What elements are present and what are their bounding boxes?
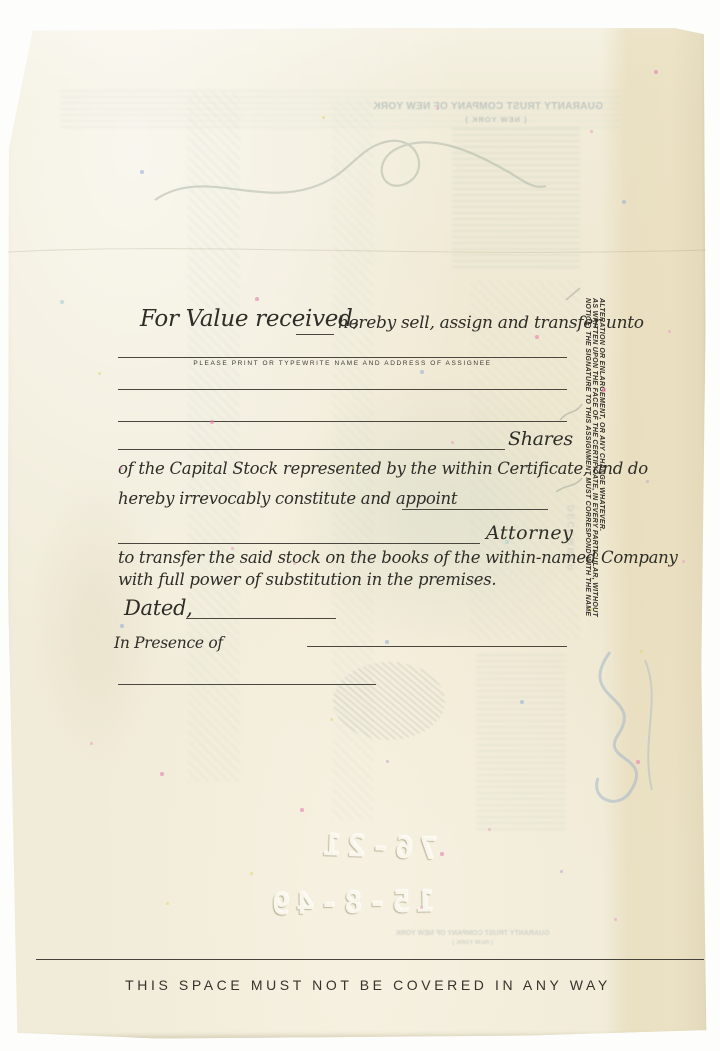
blank-line (118, 389, 567, 390)
planchette-dot (60, 300, 64, 304)
planchette-dot (140, 170, 144, 174)
planchette-dot (682, 560, 685, 563)
planchette-dot (250, 872, 253, 875)
planchette-dot (590, 130, 593, 133)
planchette-dot (646, 480, 649, 483)
planchette-dot (293, 562, 296, 565)
blank-line (118, 421, 567, 422)
planchette-dot (668, 330, 671, 333)
shares-line (118, 449, 505, 450)
planchette-dot (622, 200, 626, 204)
planchette-dot (98, 372, 101, 375)
planchette-dot (640, 650, 643, 653)
footer-warning: THIS SPACE MUST NOT BE COVERED IN ANY WA… (58, 977, 678, 993)
witness-line (118, 684, 376, 685)
planchette-dot (166, 902, 169, 905)
substitution-clause: with full power of substitution in the p… (118, 570, 496, 589)
notice-line-3: ALTERATION OR ENLARGEMENT, OR ANY CHANGE… (598, 298, 605, 531)
planchette-dot (436, 107, 439, 110)
planchette-dot (385, 640, 389, 644)
planchette-dot (602, 388, 606, 392)
shares-label: Shares (508, 428, 573, 450)
planchette-dot (231, 547, 234, 550)
appoint-blank (402, 509, 548, 510)
fill-in-blank (296, 334, 334, 335)
value-received-text: For Value received, (140, 306, 360, 332)
planchette-dot (451, 441, 454, 444)
planchette-dot (488, 828, 491, 831)
notice-line-2: AS WRITTEN UPON THE FACE OF THE CERTIFIC… (591, 298, 598, 617)
planchette-dot (440, 852, 444, 856)
capital-stock-clause: of the Capital Stock represented by the … (118, 459, 648, 478)
planchette-dot (386, 760, 389, 763)
perforation-stamp-row2: 15-8-49 (225, 884, 476, 923)
planchette-dot (654, 70, 658, 74)
planchette-dot (636, 760, 640, 764)
assignee-line (118, 357, 567, 358)
planchette-dot (90, 742, 93, 745)
planchette-dot (120, 467, 123, 470)
notice-line-1: NOTICE: THE SIGNATURE TO THIS ASSIGNMENT… (584, 298, 591, 616)
planchette-dot (120, 624, 124, 628)
planchette-dot (210, 420, 214, 424)
planchette-dot (590, 608, 593, 611)
assignee-instruction: PLEASE PRINT OR TYPEWRITE NAME AND ADDRE… (118, 360, 567, 367)
in-presence-label: In Presence of (114, 634, 223, 652)
planchette-dot (352, 466, 355, 469)
witness-line (307, 646, 567, 647)
planchette-dot (505, 540, 509, 544)
scanned-certificate-back: { "assignment_form": { "value_received":… (0, 0, 720, 1051)
footer-rule (36, 959, 704, 960)
attorney-line (118, 543, 480, 544)
attorney-label: Attorney (486, 522, 573, 544)
planchette-dot (255, 297, 259, 301)
dated-blank (186, 618, 336, 619)
dated-label: Dated, (124, 596, 193, 620)
planchette-dot (560, 870, 563, 873)
planchette-dot (614, 918, 617, 921)
planchette-dot (520, 700, 524, 704)
planchette-dot (535, 335, 539, 339)
planchette-dot (160, 772, 164, 776)
appoint-clause: hereby irrevocably constitute and appoin… (118, 489, 457, 508)
planchette-dot (330, 718, 333, 721)
planchette-dot (322, 116, 325, 119)
planchette-dot (300, 808, 304, 812)
planchette-dot (420, 906, 423, 909)
planchette-dot (420, 370, 424, 374)
perforation-stamp-row1: 76-21 (291, 827, 462, 868)
